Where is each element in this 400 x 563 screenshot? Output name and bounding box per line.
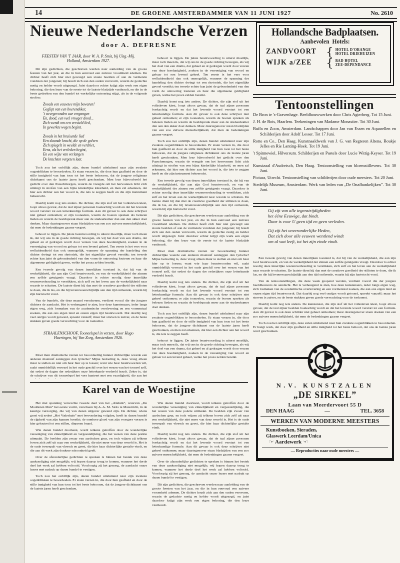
body-paragraph: Over de afzonderlijke gedichten te sprek… — [30, 455, 147, 471]
body-paragraph: Dit zijn gedichten, die geschreven werde… — [152, 482, 249, 507]
text-line: De Bron te 's-Gravenhage. Beeldhouwwerke… — [253, 112, 396, 117]
exhibitions-verse-quote: Gij zijt van alle tegenstrijdighedenhet … — [253, 208, 396, 253]
body-paragraph: Toch zou het onbillijk zijn, dezen bunde… — [152, 139, 249, 176]
body-paragraph: behoort te liggen. De juiste beantwoordi… — [30, 232, 147, 265]
sirkel-advertisement: N.V. KUNSTZALEN „DE SIRKEL” Laan van Mee… — [256, 357, 394, 461]
text-line: 't Spinnewiel, Hilversum. Schilderijen e… — [253, 151, 396, 161]
body-paragraph: Dit zijn gedichten, die geschreven werde… — [30, 67, 147, 100]
article1-title: Nieuwe Nederlandsche Verzen — [28, 23, 250, 41]
article2-divider-rule — [30, 382, 248, 383]
scan-left-margin — [0, 0, 25, 563]
hotels-advertisement: Hollandsche Badplaatsen. Aanbevolen Hote… — [256, 22, 394, 86]
brace-glyph: { — [326, 58, 333, 68]
review1-caption: FEESTEN VAN 'T JAAR, door W. A. P. Smit,… — [30, 54, 147, 63]
body-paragraph: Moet men dramatische verzen ter beoordee… — [30, 353, 147, 379]
hotel-list: HOTEL D'ORANGEHOTEL DRIEHUIZEN — [335, 48, 375, 56]
body-paragraph: Toch zou het onbillijk zijn, dezen bunde… — [30, 165, 147, 198]
body-paragraph: Toch zou het onbillijk zijn, deze zalen … — [253, 321, 396, 333]
body-paragraph: Daarbij komt nog iets anders. De dichter… — [152, 432, 249, 457]
sirkel-items: Kunstboeken, Sieraden,Glaswerk Leerdam/U… — [258, 428, 392, 440]
text-line: om al wat leeft, tot het zijn einde vind… — [268, 239, 396, 245]
scan-corner-mark — [0, 0, 13, 14]
body-paragraph: behoort te liggen. De juiste beantwoordi… — [152, 56, 249, 97]
hotels-ad-title: Hollandsche Badplaatsen. — [260, 28, 390, 39]
hotel-list: BAD HOTELZEE-DÉPENDANCE — [335, 59, 371, 67]
body-paragraph: Wie dezen bundel doorleest, wordt telken… — [30, 428, 147, 453]
article1-byline: door A. DEFRESNE — [28, 42, 250, 49]
body-paragraph: Een tweede gevolg van dezen innerlijken … — [152, 178, 249, 211]
body-paragraph: Daarbij komt nog iets anders. De kunsten… — [253, 302, 396, 318]
sirkel-name: „DE SIRKEL” — [258, 390, 392, 401]
text-line: Pictura, Utrecht. Tentoonstelling van sc… — [253, 175, 396, 180]
resort-name: WIJK a/ZEE — [266, 59, 326, 67]
sirkel-city: DEN HAAG — [266, 409, 294, 415]
exhibitions-listing: De Bron te 's-Gravenhage. Beeldhouwwerke… — [253, 112, 396, 200]
body-paragraph: Een tweede gevolg van dezen innerlijken … — [253, 256, 396, 277]
sirkel-city-tel-line: DEN HAAG — TEL. 3658 — [258, 409, 392, 415]
body-paragraph: Het met spanning verwachte tweede deel v… — [30, 401, 147, 426]
article2-col2-body: Wie dezen bundel doorleest, wordt telken… — [152, 401, 249, 507]
exhibition-entries: De Bron te 's-Gravenhage. Beeldhouwwerke… — [253, 112, 396, 192]
body-paragraph: Moet men dramatische verzen ter beoordee… — [152, 249, 249, 278]
text-line: Kunstzaal d'Audretsch, Den Haag. Tentoon… — [253, 163, 396, 173]
body-paragraph: Van de tentoonstellingen, die deze week … — [253, 279, 396, 300]
sirkel-company-line: N.V. KUNSTZALEN — [258, 382, 392, 390]
poem-quote-stanza1: Zooals een eeuwzee mijn bewaren!Geglipt … — [30, 102, 147, 130]
header-rule-top — [25, 7, 397, 8]
body-paragraph: Toch zou het onbillijk zijn, dezen bunde… — [30, 474, 147, 490]
exhibitions-title: Tentoonstellingen — [253, 98, 396, 113]
text-line: ZEE-DÉPENDANCE — [335, 63, 371, 67]
pointing-hand-right-icon: ☞ — [269, 439, 274, 446]
text-line: De krachten vergeten laat. — [43, 157, 147, 162]
article2-column2: Wie dezen bundel doorleest, wordt telken… — [152, 401, 249, 555]
sirkel-aardewerk-line: ☞ Aardewerk ☜ — [258, 439, 392, 445]
article1-col1-body: Toch zou het onbillijk zijn, dezen bunde… — [30, 165, 147, 323]
text-line: Rotte en Co., Den Haag. Kunstnaaldwerk v… — [253, 138, 396, 148]
text-line: J. H. de Bois, Haarlem. Teekeningen van … — [253, 119, 396, 124]
hotels-ad-inner-frame: Hollandsche Badplaatsen. Aanbevolen Hote… — [259, 25, 391, 83]
page-header: 14 DE GROENE AMSTERDAMMER VAN 11 JUNI 19… — [25, 9, 397, 17]
text-line: Stedelijk Museum, Amsterdam. Werk van le… — [253, 182, 396, 192]
text-line: HOTEL DRIEHUIZEN — [335, 52, 375, 56]
exhibitions-review-text: Een tweede gevolg van dezen innerlijken … — [253, 256, 396, 346]
review2-caption-block: STRAALENSCHOOF, Tooneelspel in verzen, d… — [30, 331, 147, 351]
issue-number: No. 2610 — [291, 11, 397, 17]
sirkel-telephone: TEL. 3658 — [360, 409, 384, 415]
newspaper-page: 14 DE GROENE AMSTERDAMMER VAN 11 JUNI 19… — [0, 0, 400, 563]
sirkel-item-aardewerk: Aardewerk — [275, 439, 302, 445]
exhibitions-review-body: Een tweede gevolg van dezen innerlijken … — [253, 256, 396, 333]
body-paragraph: Daarbij komt nog iets anders. De dichter… — [152, 100, 249, 137]
article1-column1-lower: Moet men dramatische verzen ter beoordee… — [30, 353, 147, 379]
body-paragraph: Toch zou het onbillijk zijn, dezen bunde… — [152, 311, 249, 336]
text-line: Buffa en Zoon, Amsterdam. Landschappen d… — [253, 126, 396, 136]
pointing-hand-left-icon: ☜ — [303, 439, 308, 446]
verse-stanza1: Gij zijt van alle tegenstrijdighedenhet … — [253, 208, 396, 225]
margin-dash-mark — [2, 391, 17, 393]
body-paragraph: Daarbij komt nog iets anders. De dichter… — [30, 201, 147, 230]
hotels-ad-subtitle: Aanbevolen Hotels: — [260, 39, 390, 45]
body-paragraph: Een tweede gevolg van dezen innerlijken … — [30, 267, 147, 296]
exhibitions-rule-bottom — [253, 203, 396, 207]
sirkel-footer: — Reproducties naar oude meesters — — [262, 447, 388, 453]
article1-col2-body: behoort te liggen. De juiste beantwoordi… — [152, 56, 249, 359]
article2-col1-body: Het met spanning verwachte tweede deel v… — [30, 401, 147, 491]
hotels-ad-row-zandvoort: ZANDVOORT { HOTEL D'ORANGEHOTEL DRIEHUIZ… — [260, 47, 390, 57]
text-line: In gewerkte wegen begint. — [43, 125, 147, 130]
hotels-ad-row-wijk-aan-zee: WIJK a/ZEE { BAD HOTELZEE-DÉPENDANCE — [260, 58, 390, 68]
masthead: DE GROENE AMSTERDAMMER VAN 11 JUNI 1927 — [131, 11, 291, 17]
sirkel-banner: WERKEN VAN MODERNE MEESTERS — [261, 416, 390, 426]
body-paragraph: Daarbij komt nog iets anders. De dichter… — [152, 280, 249, 309]
poem-quote-stanza2: Zooals in het bruisende liedEen slaande … — [30, 134, 147, 162]
article2-title: Karel van de Woestijne — [30, 385, 248, 396]
body-paragraph: Wie dezen bundel doorleest, wordt telken… — [152, 401, 249, 430]
verse-stanza2: Gij zijt het onveranderlijke Heden,Dat z… — [253, 228, 396, 245]
body-paragraph: behoort te liggen. De juiste beantwoordi… — [152, 339, 249, 360]
page-number: 14 — [25, 9, 131, 17]
article2-column1: Het met spanning verwachte tweede deel v… — [30, 401, 147, 555]
brace-glyph: { — [326, 47, 333, 57]
sirkel-address: Laan van Meerdervoort 55 D — [258, 403, 392, 409]
article1-col1-intro: Dit zijn gedichten, die geschreven werde… — [30, 67, 147, 100]
review2-caption: STRAALENSCHOOF, Tooneelspel in verzen, d… — [30, 331, 147, 340]
dash-separator: — — [325, 409, 330, 415]
article1-column2: behoort te liggen. De juiste beantwoordi… — [152, 56, 249, 379]
body-paragraph: Over de afzonderlijke gedichten te sprek… — [152, 459, 249, 480]
body-paragraph: Van de bundels, die deze maand verschene… — [30, 298, 147, 323]
article1-col1-closing: Moet men dramatische verzen ter beoordee… — [30, 353, 147, 379]
resort-name: ZANDVOORT — [266, 48, 326, 56]
body-paragraph: Dit zijn gedichten, die geschreven werde… — [152, 214, 249, 247]
article1-column1-upper: FEESTEN VAN 'T JAAR, door W. A. P. Smit,… — [30, 54, 147, 330]
